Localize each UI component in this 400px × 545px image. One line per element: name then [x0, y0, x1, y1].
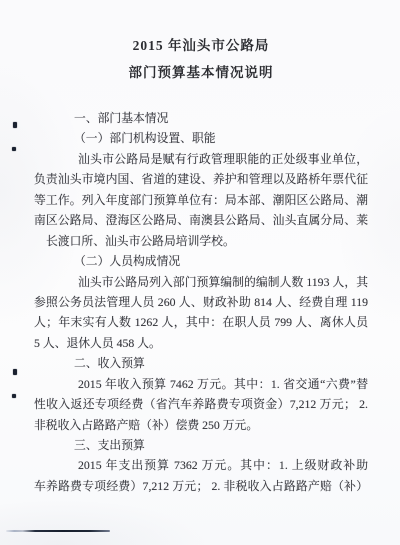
text-line: 长渡口所、汕头市公路局培训学校。 [34, 231, 368, 251]
scan-smudge-mark [13, 122, 17, 128]
text-line: 2015 年支出预算 7362 万元。其中：1. 上级财政补助（省汽 [34, 455, 368, 475]
section-heading-1: 一、部门基本情况 [34, 108, 368, 128]
text-line: 参照公务员法管理人员 260 人、财政补助 814 人、经费自理 119 [34, 292, 368, 312]
text-line: 5 人、退休人员 458 人。 [34, 333, 368, 353]
document-title: 2015 年汕头市公路局 部门预算基本情况说明 [34, 32, 368, 86]
text-line: 非税收入占路路产赔（补）偿费 250 万元。 [34, 415, 368, 435]
scanner-edge-shadow [6, 530, 110, 532]
scan-smudge-mark [12, 147, 16, 151]
title-line-1: 2015 年汕头市公路局 [34, 32, 368, 59]
subsection-heading: （一）部门机构设置、职能 [34, 128, 368, 148]
text-line: 负责汕头市境内国、省道的建设、养护和管理以及路桥年票代征 [34, 169, 368, 189]
text-line: 汕头市公路局列入部门预算编制的编制人数 1193 人，其中： [34, 272, 368, 292]
text-line: 汕头市公路局是赋有行政管理职能的正处级事业单位，主要 [34, 149, 368, 169]
text-line: 南区公路局、澄海区公路局、南澳县公路局、汕头直属分局、莱 [34, 210, 368, 230]
document-content: 2015 年汕头市公路局 部门预算基本情况说明 一、部门基本情况 （一）部门机构… [34, 32, 368, 496]
text-line: 车养路费专项经费）7,212 万元； 2. 非税收入占路路产赔（补） [34, 476, 368, 496]
document-body: 一、部门基本情况 （一）部门机构设置、职能 汕头市公路局是赋有行政管理职能的正处… [34, 108, 368, 496]
title-line-2: 部门预算基本情况说明 [34, 59, 368, 86]
text-line: 人；年末实有人数 1262 人，其中：在职人员 799 人、离休人员 [34, 312, 368, 332]
scanned-document-page: 2015 年汕头市公路局 部门预算基本情况说明 一、部门基本情况 （一）部门机构… [0, 0, 400, 545]
text-line: 等工作。列入年度部门预算单位有：局本部、潮阳区公路局、潮 [34, 190, 368, 210]
text-line: 2015 年收入预算 7462 万元。其中：1. 省交通“六费”替代 [34, 374, 368, 394]
scan-smudge-mark [13, 369, 17, 375]
section-heading-3: 三、支出预算 [34, 435, 368, 455]
section-heading-2: 二、收入预算 [34, 353, 368, 373]
scan-smudge-mark [12, 394, 16, 398]
text-line: 性收入返还专项经费（省汽车养路费专项资金）7,212 万元； 2. [34, 394, 368, 414]
subsection-heading: （二）人员构成情况 [34, 251, 368, 271]
